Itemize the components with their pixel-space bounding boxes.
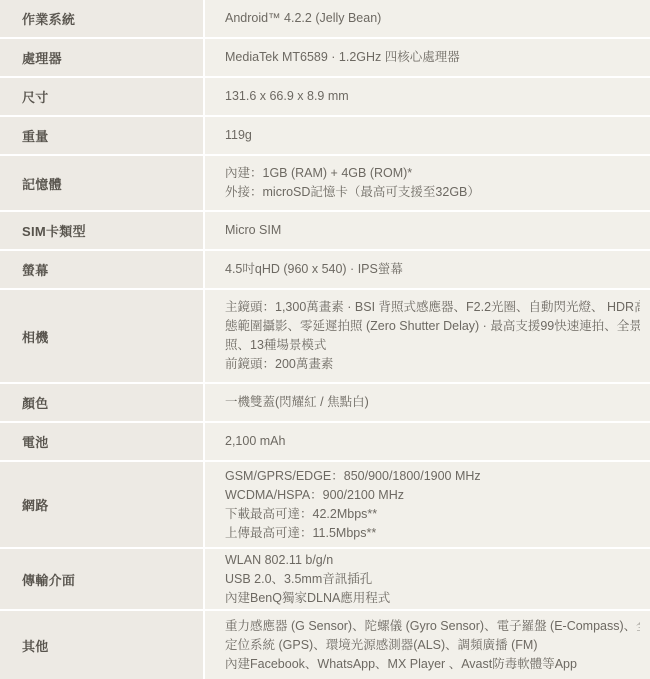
spec-value-cell: 4.5吋qHD (960 x 540) · IPS螢幕 <box>205 251 650 288</box>
spec-value-cell: 2,100 mAh <box>205 423 650 460</box>
spec-label: 傳輸介面 <box>0 549 205 609</box>
spec-row-sim-type: SIM卡類型 Micro SIM <box>0 212 650 251</box>
spec-value-cell: 內建：1GB (RAM) + 4GB (ROM)* 外接：microSD記憶卡（… <box>205 156 650 210</box>
spec-label: 重量 <box>0 117 205 154</box>
spec-row-other: 其他 重力感應器 (G Sensor)、陀螺儀 (Gyro Sensor)、電子… <box>0 611 650 679</box>
spec-value-cell: MediaTek MT6589 · 1.2GHz 四核心處理器 <box>205 39 650 76</box>
spec-value: 一機雙蓋(閃耀紅 / 焦點白) <box>225 393 369 412</box>
spec-value: 119g <box>225 126 252 145</box>
spec-row-color: 顏色 一機雙蓋(閃耀紅 / 焦點白) <box>0 384 650 423</box>
phone-spec-table: 作業系統 Android™ 4.2.2 (Jelly Bean) 處理器 Med… <box>0 0 650 679</box>
spec-value-cell: WLAN 802.11 b/g/n USB 2.0、3.5mm音訊插孔 內建Be… <box>205 549 650 609</box>
spec-value-cell: Android™ 4.2.2 (Jelly Bean) <box>205 0 650 37</box>
spec-value: 主鏡頭：1,300萬畫素 · BSI 背照式感應器、F2.2光圈、自動閃光燈、 … <box>225 298 640 374</box>
spec-row-memory: 記憶體 內建：1GB (RAM) + 4GB (ROM)* 外接：microSD… <box>0 156 650 212</box>
spec-label: 其他 <box>0 611 205 679</box>
spec-row-os: 作業系統 Android™ 4.2.2 (Jelly Bean) <box>0 0 650 39</box>
spec-value-cell: Micro SIM <box>205 212 650 249</box>
spec-label: 相機 <box>0 290 205 382</box>
spec-label: 網路 <box>0 462 205 547</box>
spec-label: 顏色 <box>0 384 205 421</box>
spec-value-cell: GSM/GPRS/EDGE：850/900/1800/1900 MHz WCDM… <box>205 462 650 547</box>
spec-row-network: 網路 GSM/GPRS/EDGE：850/900/1800/1900 MHz W… <box>0 462 650 549</box>
spec-value: GSM/GPRS/EDGE：850/900/1800/1900 MHz WCDM… <box>225 467 481 543</box>
spec-value-cell: 一機雙蓋(閃耀紅 / 焦點白) <box>205 384 650 421</box>
spec-label: 處理器 <box>0 39 205 76</box>
spec-value: 內建：1GB (RAM) + 4GB (ROM)* 外接：microSD記憶卡（… <box>225 164 480 202</box>
spec-value: 4.5吋qHD (960 x 540) · IPS螢幕 <box>225 260 403 279</box>
spec-value: 2,100 mAh <box>225 432 285 451</box>
spec-row-camera: 相機 主鏡頭：1,300萬畫素 · BSI 背照式感應器、F2.2光圈、自動閃光… <box>0 290 650 384</box>
spec-label: SIM卡類型 <box>0 212 205 249</box>
spec-label: 尺寸 <box>0 78 205 115</box>
spec-value-cell: 主鏡頭：1,300萬畫素 · BSI 背照式感應器、F2.2光圈、自動閃光燈、 … <box>205 290 650 382</box>
spec-row-connectivity: 傳輸介面 WLAN 802.11 b/g/n USB 2.0、3.5mm音訊插孔… <box>0 549 650 611</box>
spec-value: 131.6 x 66.9 x 8.9 mm <box>225 87 349 106</box>
spec-value: Android™ 4.2.2 (Jelly Bean) <box>225 9 381 28</box>
spec-row-battery: 電池 2,100 mAh <box>0 423 650 462</box>
spec-label: 記憶體 <box>0 156 205 210</box>
spec-value: 重力感應器 (G Sensor)、陀螺儀 (Gyro Sensor)、電子羅盤 … <box>225 617 640 674</box>
spec-row-weight: 重量 119g <box>0 117 650 156</box>
spec-value-cell: 119g <box>205 117 650 154</box>
spec-value: MediaTek MT6589 · 1.2GHz 四核心處理器 <box>225 48 460 67</box>
spec-value: WLAN 802.11 b/g/n USB 2.0、3.5mm音訊插孔 內建Be… <box>225 551 390 608</box>
spec-value-cell: 重力感應器 (G Sensor)、陀螺儀 (Gyro Sensor)、電子羅盤 … <box>205 611 650 679</box>
spec-label: 作業系統 <box>0 0 205 37</box>
spec-label: 螢幕 <box>0 251 205 288</box>
spec-row-display: 螢幕 4.5吋qHD (960 x 540) · IPS螢幕 <box>0 251 650 290</box>
spec-row-dimensions: 尺寸 131.6 x 66.9 x 8.9 mm <box>0 78 650 117</box>
spec-row-processor: 處理器 MediaTek MT6589 · 1.2GHz 四核心處理器 <box>0 39 650 78</box>
spec-label: 電池 <box>0 423 205 460</box>
spec-value-cell: 131.6 x 66.9 x 8.9 mm <box>205 78 650 115</box>
spec-value: Micro SIM <box>225 221 281 240</box>
